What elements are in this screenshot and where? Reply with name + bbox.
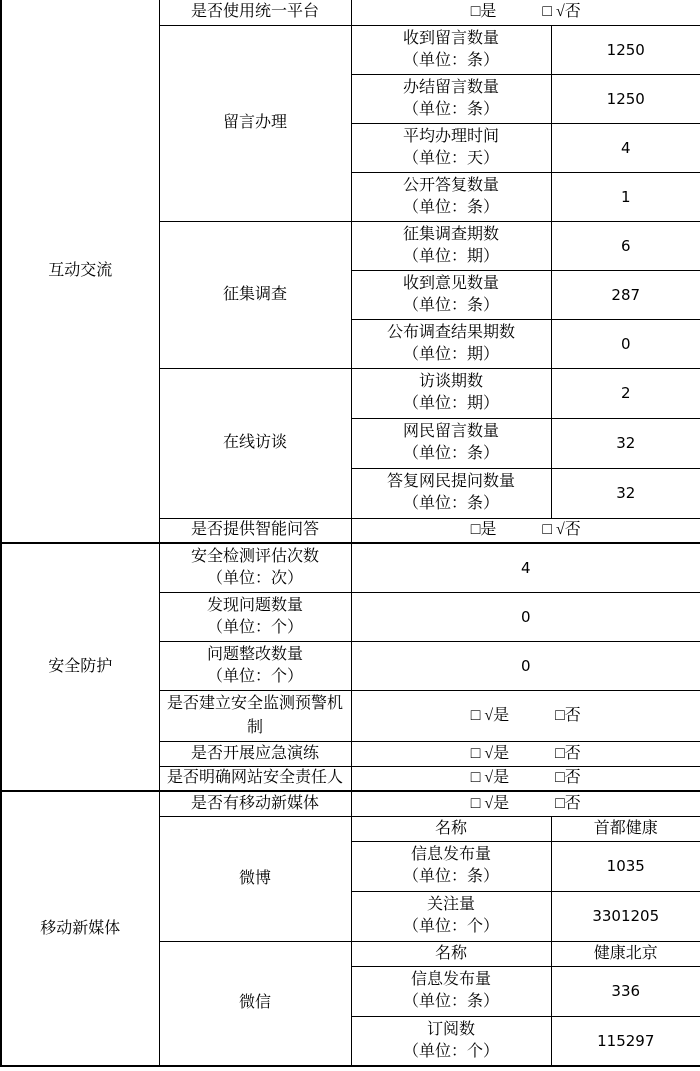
group-cell-interview: 在线访谈 bbox=[159, 368, 351, 518]
checkbox-option-no: □否 bbox=[555, 705, 581, 727]
metric-label-cell: 问题整改数量 （单位：个） bbox=[159, 641, 351, 690]
name-value: 健康北京 bbox=[551, 941, 700, 966]
group-cell-message: 留言办理 bbox=[159, 25, 351, 221]
metric-value: 2 bbox=[551, 368, 700, 418]
metric-label-cell: 平均办理时间 （单位：天） bbox=[351, 123, 551, 172]
table-row: 移动新媒体 是否有移动新媒体 □ √是 □否 bbox=[1, 791, 700, 816]
section-label: 互动交流 bbox=[2, 260, 159, 282]
group-cell-weibo: 微博 bbox=[159, 816, 351, 941]
metric-unit: （单位：条） bbox=[352, 99, 551, 121]
metric-label-cell: 公布调查结果期数 （单位：期） bbox=[351, 319, 551, 368]
checkbox-option-no: □ √否 bbox=[542, 519, 580, 541]
metric-value: 4 bbox=[351, 543, 700, 592]
metric-label-cell: 征集调查期数 （单位：期） bbox=[351, 221, 551, 270]
metric-unit: （单位：个） bbox=[160, 617, 351, 639]
metric-value: 1250 bbox=[551, 74, 700, 123]
section-cell-interaction: 互动交流 bbox=[1, 0, 159, 543]
checkbox-cell-emergency-drill: □ √是 □否 bbox=[351, 741, 700, 766]
metric-value: 0 bbox=[551, 319, 700, 368]
metric-label: 征集调查期数 bbox=[352, 224, 551, 246]
checkbox-option-yes: □是 bbox=[471, 519, 497, 541]
metric-unit: （单位：条） bbox=[352, 197, 551, 219]
section-label: 安全防护 bbox=[2, 656, 159, 678]
metric-label: 安全检测评估次数 bbox=[160, 546, 351, 568]
metric-label-cell: 关注量 （单位：个） bbox=[351, 891, 551, 941]
metric-label-cell: 办结留言数量 （单位：条） bbox=[351, 74, 551, 123]
metric-value: 32 bbox=[551, 468, 700, 518]
checkbox-option-yes: □ √是 bbox=[471, 793, 509, 815]
metric-label-cell: 答复网民提问数量 （单位：条） bbox=[351, 468, 551, 518]
metric-value: 1 bbox=[551, 172, 700, 221]
checkbox-cell-has-mobile: □ √是 □否 bbox=[351, 791, 700, 816]
metric-label: 信息发布量 bbox=[352, 969, 551, 991]
name-value: 首都健康 bbox=[551, 816, 700, 841]
metric-label: 公开答复数量 bbox=[352, 175, 551, 197]
checkbox-option-no: □否 bbox=[555, 767, 581, 789]
metric-label: 公布调查结果期数 bbox=[352, 322, 551, 344]
metric-unit: （单位：条） bbox=[352, 50, 551, 72]
metric-unit: （单位：条） bbox=[352, 493, 551, 515]
question-label-unified-platform: 是否使用统一平台 bbox=[159, 0, 351, 25]
checkbox-option-yes: □是 bbox=[471, 1, 497, 23]
metric-unit: （单位：个） bbox=[352, 1041, 551, 1063]
metric-label-cell: 订阅数 （单位：个） bbox=[351, 1016, 551, 1066]
metric-label: 访谈期数 bbox=[352, 371, 551, 393]
metric-label-cell: 安全检测评估次数 （单位：次） bbox=[159, 543, 351, 592]
metric-value: 3301205 bbox=[551, 891, 700, 941]
metric-unit: （单位：期） bbox=[352, 393, 551, 415]
table-row: 互动交流 是否使用统一平台 □是 □ √否 bbox=[1, 0, 700, 25]
metric-value: 32 bbox=[551, 418, 700, 468]
metric-unit: （单位：期） bbox=[352, 246, 551, 268]
metric-label-cell: 信息发布量 （单位：条） bbox=[351, 966, 551, 1016]
checkbox-cell-security-officer: □ √是 □否 bbox=[351, 766, 700, 791]
name-label: 名称 bbox=[351, 941, 551, 966]
checkbox-options: □ √是 □否 bbox=[352, 793, 700, 815]
group-cell-survey: 征集调查 bbox=[159, 221, 351, 368]
checkbox-option-no: □否 bbox=[555, 793, 581, 815]
question-label-emergency-drill: 是否开展应急演练 bbox=[159, 741, 351, 766]
metric-label-cell: 收到留言数量 （单位：条） bbox=[351, 25, 551, 74]
metric-value: 287 bbox=[551, 270, 700, 319]
checkbox-option-yes: □ √是 bbox=[471, 705, 509, 727]
metric-label: 关注量 bbox=[352, 894, 551, 916]
metric-unit: （单位：条） bbox=[352, 991, 551, 1013]
checkbox-option-no: □ √否 bbox=[542, 1, 580, 23]
metric-value: 1250 bbox=[551, 25, 700, 74]
section-label: 移动新媒体 bbox=[2, 918, 159, 940]
metric-label: 答复网民提问数量 bbox=[352, 471, 551, 493]
metric-label-cell: 访谈期数 （单位：期） bbox=[351, 368, 551, 418]
section-cell-security: 安全防护 bbox=[1, 543, 159, 791]
checkbox-cell-smart-qa: □是 □ √否 bbox=[351, 518, 700, 543]
metric-label: 平均办理时间 bbox=[352, 126, 551, 148]
metric-value: 0 bbox=[351, 641, 700, 690]
checkbox-option-no: □否 bbox=[555, 743, 581, 765]
metric-unit: （单位：条） bbox=[352, 443, 551, 465]
metric-label-cell: 发现问题数量 （单位：个） bbox=[159, 592, 351, 641]
checkbox-options: □ √是 □否 bbox=[352, 705, 700, 727]
metric-label-cell: 信息发布量 （单位：条） bbox=[351, 841, 551, 891]
checkbox-option-yes: □ √是 bbox=[471, 767, 509, 789]
checkbox-cell-warning-mechanism: □ √是 □否 bbox=[351, 690, 700, 741]
metric-value: 0 bbox=[351, 592, 700, 641]
metric-unit: （单位：条） bbox=[352, 295, 551, 317]
metric-value: 1035 bbox=[551, 841, 700, 891]
annual-report-table: 互动交流 是否使用统一平台 □是 □ √否 留言办理 收到留言数量 （单位：条）… bbox=[0, 0, 700, 1067]
group-cell-wechat: 微信 bbox=[159, 941, 351, 1066]
checkbox-options: □ √是 □否 bbox=[352, 743, 700, 765]
checkbox-options: □是 □ √否 bbox=[352, 1, 700, 23]
metric-unit: （单位：期） bbox=[352, 344, 551, 366]
table-row: 安全防护 安全检测评估次数 （单位：次） 4 bbox=[1, 543, 700, 592]
metric-unit: （单位：天） bbox=[352, 148, 551, 170]
metric-label: 发现问题数量 bbox=[160, 595, 351, 617]
checkbox-cell-unified-platform: □是 □ √否 bbox=[351, 0, 700, 25]
checkbox-option-yes: □ √是 bbox=[471, 743, 509, 765]
checkbox-options: □是 □ √否 bbox=[352, 519, 700, 541]
metric-label: 信息发布量 bbox=[352, 844, 551, 866]
metric-unit: （单位：次） bbox=[160, 568, 351, 590]
metric-label: 订阅数 bbox=[352, 1019, 551, 1041]
metric-label: 网民留言数量 bbox=[352, 421, 551, 443]
metric-unit: （单位：条） bbox=[352, 866, 551, 888]
metric-value: 115297 bbox=[551, 1016, 700, 1066]
metric-label: 办结留言数量 bbox=[352, 77, 551, 99]
checkbox-options: □ √是 □否 bbox=[352, 767, 700, 789]
metric-label: 收到意见数量 bbox=[352, 273, 551, 295]
question-label-smart-qa: 是否提供智能问答 bbox=[159, 518, 351, 543]
metric-unit: （单位：个） bbox=[352, 916, 551, 938]
question-label-security-officer: 是否明确网站安全责任人 bbox=[159, 766, 351, 791]
question-label-has-mobile: 是否有移动新媒体 bbox=[159, 791, 351, 816]
metric-label-cell: 公开答复数量 （单位：条） bbox=[351, 172, 551, 221]
metric-value: 6 bbox=[551, 221, 700, 270]
metric-label-cell: 网民留言数量 （单位：条） bbox=[351, 418, 551, 468]
metric-label-cell: 收到意见数量 （单位：条） bbox=[351, 270, 551, 319]
metric-label: 问题整改数量 bbox=[160, 644, 351, 666]
question-label-warning-mechanism: 是否建立安全监测预警机制 bbox=[159, 690, 351, 741]
name-label: 名称 bbox=[351, 816, 551, 841]
section-cell-mobile: 移动新媒体 bbox=[1, 791, 159, 1066]
metric-label: 收到留言数量 bbox=[352, 28, 551, 50]
metric-unit: （单位：个） bbox=[160, 666, 351, 688]
metric-value: 336 bbox=[551, 966, 700, 1016]
metric-value: 4 bbox=[551, 123, 700, 172]
